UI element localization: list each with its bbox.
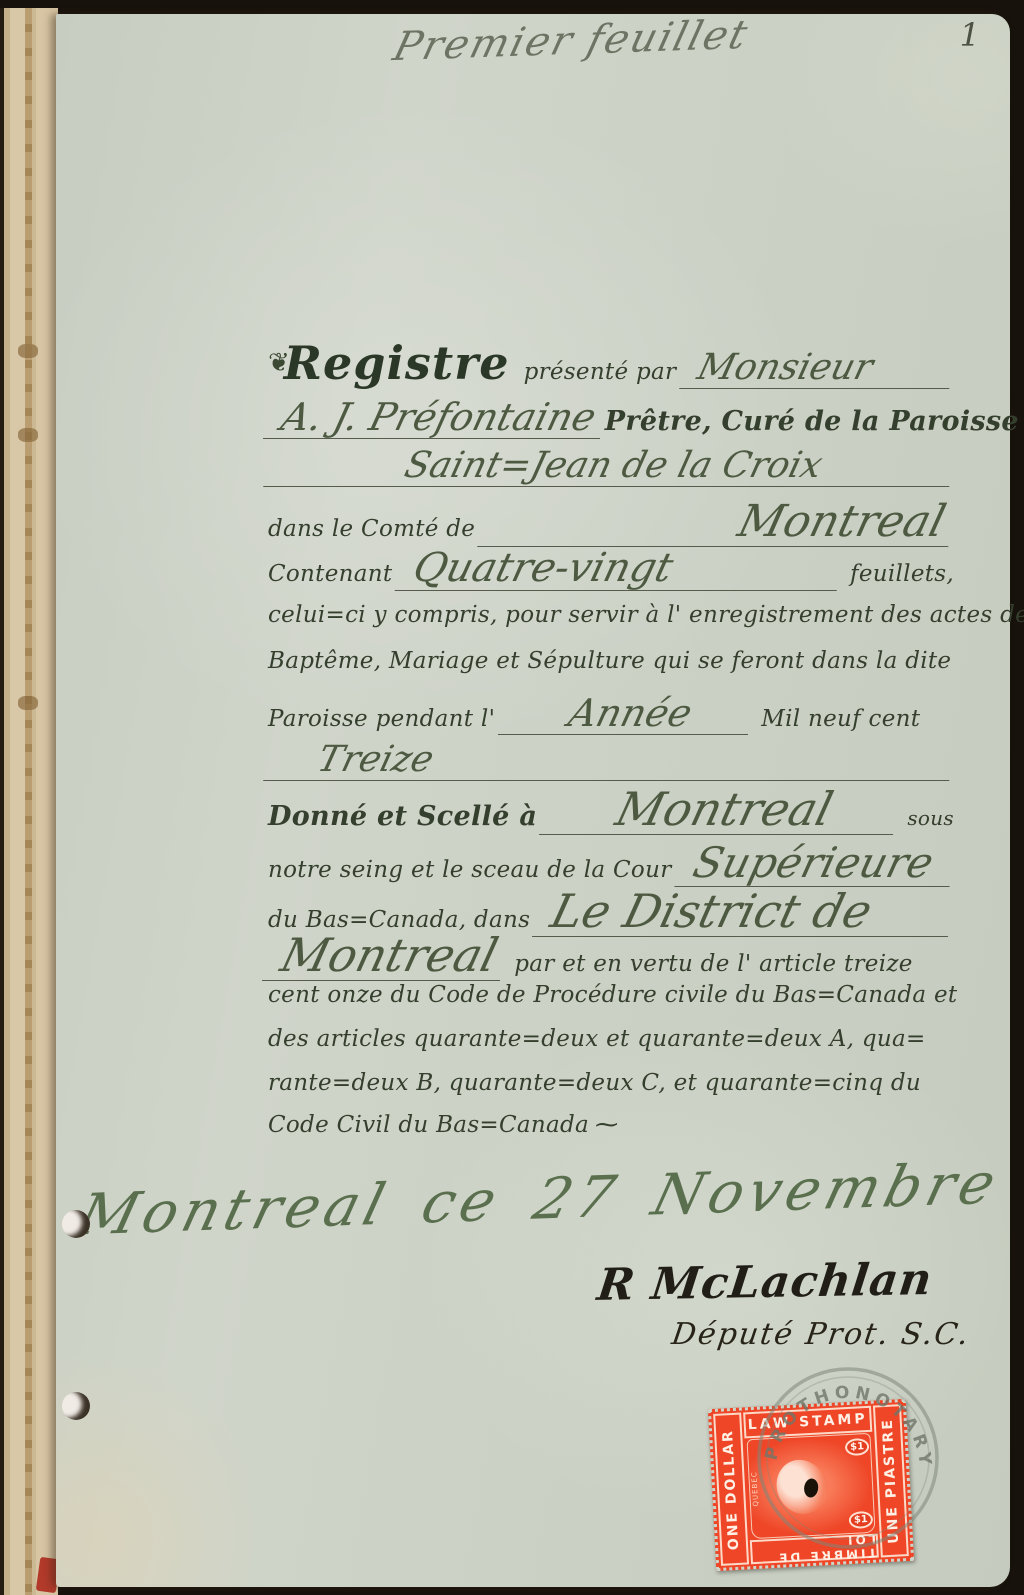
printed-text: cent onze du Code de Procédure civile du… bbox=[268, 982, 957, 1008]
handwritten-fill-feuillets: Quatre-vingt bbox=[395, 548, 847, 591]
printed-text: Code Civil du Bas=Canada bbox=[268, 1112, 618, 1138]
stamp-value-badge: $1 bbox=[848, 1511, 873, 1529]
form-line-compris: celui=ci y compris, pour servir à l' enr… bbox=[268, 602, 954, 628]
binding-stub bbox=[0, 8, 58, 1595]
printed-text: dans le Comté de bbox=[268, 516, 475, 542]
stamp-province-label: QUEBEC bbox=[750, 1471, 760, 1507]
form-line-registre: ❦ Registre présenté par Monsieur bbox=[268, 336, 954, 390]
printed-text: celui=ci y compris, pour servir à l' enr… bbox=[268, 602, 1024, 628]
stamp-bottom-label: TIMBRE DE LOI bbox=[750, 1534, 879, 1565]
registre-title: Registre bbox=[284, 336, 510, 390]
printed-text: par et en vertu de l' article treize bbox=[514, 951, 912, 977]
handwritten-fill-district: Le District de bbox=[532, 888, 960, 937]
scanned-register-page: Premier feuillet 1 ❦ Registre présenté p… bbox=[0, 0, 1024, 1595]
cord-knot bbox=[18, 344, 38, 358]
handwritten-fill-paroisse: Saint=Jean de la Croix bbox=[263, 448, 959, 487]
form-line-paroisse: Saint=Jean de la Croix bbox=[268, 448, 954, 487]
handwritten-fill-cour: Supérieure bbox=[674, 842, 960, 887]
cord-knot bbox=[18, 696, 38, 710]
register-page: Premier feuillet 1 ❦ Registre présenté p… bbox=[56, 14, 1010, 1587]
form-line-donne: Donné et Scellé à Montreal sous bbox=[268, 786, 954, 835]
printed-text: présenté par bbox=[524, 359, 677, 385]
stamp-center: LAW STAMP QUEBEC $1 $1 TIMBRE DE LOI bbox=[743, 1406, 879, 1564]
signature: R McLachlan bbox=[594, 1254, 935, 1311]
cord-knot bbox=[18, 428, 38, 442]
printed-text: Donné et Scellé à bbox=[268, 801, 537, 832]
stamp-right-label: UNE PIASTRE bbox=[873, 1404, 909, 1557]
handwritten-fill-name: A. J. Préfontaine bbox=[263, 398, 610, 439]
ornament-flourish-icon: ❦ bbox=[268, 348, 290, 378]
punch-hole bbox=[62, 1210, 90, 1238]
printed-text: Contenant bbox=[268, 561, 392, 587]
stamp-vignette: QUEBEC $1 $1 bbox=[747, 1433, 876, 1539]
form-line-bapteme: Baptême, Mariage et Sépulture qui se fer… bbox=[268, 648, 954, 674]
handwritten-fill-treize: Treize bbox=[263, 742, 959, 781]
handwritten-date-line: Montreal ce 27 Novembre 1912 bbox=[71, 1150, 1024, 1249]
printed-text: sous bbox=[907, 806, 954, 830]
form-line-pendant: Paroisse pendant l' Année Mil neuf cent bbox=[268, 694, 954, 735]
form-line-comte: dans le Comté de Montreal bbox=[268, 500, 954, 547]
header-annotation: Premier feuillet bbox=[389, 12, 754, 70]
handwritten-fill-comte: Montreal bbox=[477, 500, 960, 547]
printed-text: des articles quarante=deux et quarante=d… bbox=[268, 1026, 926, 1052]
form-line-contenant: Contenant Quatre-vingt feuillets, bbox=[268, 548, 954, 591]
form-line-seing: notre seing et le sceau de la Cour Supér… bbox=[268, 842, 954, 887]
signature-title: Député Prot. S.C. bbox=[670, 1317, 973, 1352]
printed-text: Baptême, Mariage et Sépulture qui se fer… bbox=[268, 648, 951, 674]
printed-text: rante=deux B, quarante=deux C, et quaran… bbox=[268, 1070, 921, 1096]
printed-text: Prêtre, Curé de la Paroisse de bbox=[605, 406, 1024, 437]
printed-text: feuillets, bbox=[850, 561, 954, 587]
law-stamp: ONE DOLLAR LAW STAMP QUEBEC $1 $1 TIMBRE… bbox=[708, 1399, 914, 1571]
page-number: 1 bbox=[960, 16, 980, 54]
form-line-district: Montreal par et en vertu de l' article t… bbox=[268, 932, 954, 981]
printed-text: notre seing et le sceau de la Cour bbox=[268, 857, 672, 883]
stamp-value-badge: $1 bbox=[845, 1438, 870, 1456]
form-line-code4: Code Civil du Bas=Canada bbox=[268, 1112, 954, 1138]
binding-cord bbox=[25, 8, 32, 1595]
form-line-code2: des articles quarante=deux et quarante=d… bbox=[268, 1026, 954, 1052]
handwritten-fill-district-ville: Montreal bbox=[262, 932, 512, 981]
handwritten-fill-ville: Montreal bbox=[539, 786, 905, 835]
form-line-treize: Treize bbox=[268, 742, 954, 781]
form-line-code3: rante=deux B, quarante=deux C, et quaran… bbox=[268, 1070, 954, 1096]
form-line-cure: A. J. Préfontaine Prêtre, Curé de la Par… bbox=[268, 398, 954, 439]
printed-text: Mil neuf cent bbox=[761, 706, 920, 732]
handwritten-fill-annee: Année bbox=[498, 694, 758, 735]
handwritten-fill-monsieur: Monsieur bbox=[679, 350, 958, 389]
allegorical-figure-icon bbox=[768, 1452, 834, 1522]
punch-hole bbox=[62, 1392, 90, 1420]
printed-text: Paroisse pendant l' bbox=[268, 706, 495, 732]
form-line-code1: cent onze du Code de Procédure civile du… bbox=[268, 982, 954, 1008]
